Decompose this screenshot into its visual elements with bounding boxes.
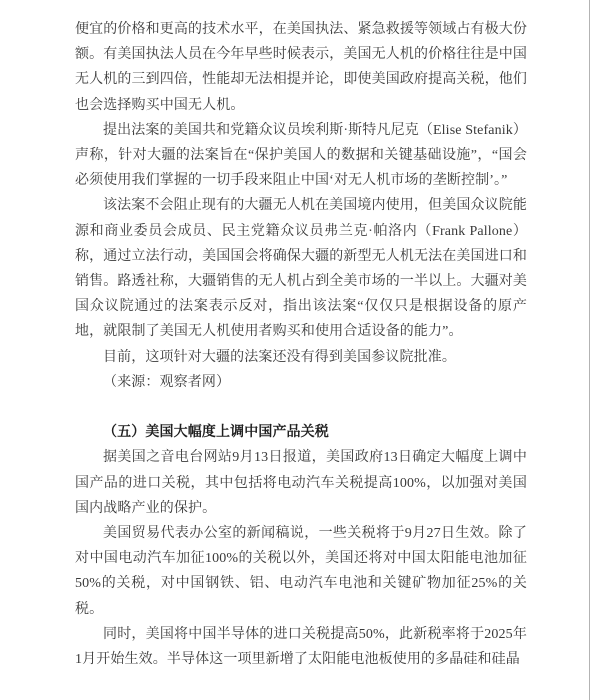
source-attribution: （来源：观察者网） bbox=[75, 370, 527, 395]
body-paragraph: 同时，美国将中国半导体的进口关税提高50%，此新税率将于2025年1月开始生效。… bbox=[75, 622, 527, 672]
body-paragraph: 据美国之音电台网站9月13日报道，美国政府13日确定大幅度上调中国产品的进口关税… bbox=[75, 445, 527, 521]
document-text-column: 便宜的价格和更高的技术水平，在美国执法、紧急救援等领域占有极大份额。有美国执法人… bbox=[75, 17, 527, 672]
body-paragraph: 美国贸易代表办公室的新闻稿说，一些关税将于9月27日生效。除了对中国电动汽车加征… bbox=[75, 521, 527, 622]
body-paragraph: 目前，这项针对大疆的法案还没有得到美国参议院批准。 bbox=[75, 345, 527, 370]
body-paragraph: 提出法案的美国共和党籍众议员埃利斯·斯特凡尼克（Elise Stefanik）声… bbox=[75, 118, 527, 194]
body-paragraph: 该法案不会阻止现有的大疆无人机在美国境内使用，但美国众议院能源和商业委员会成员、… bbox=[75, 193, 527, 344]
section-heading: （五）美国大幅度上调中国产品关税 bbox=[75, 420, 527, 445]
body-paragraph-continuation: 便宜的价格和更高的技术水平，在美国执法、紧急救援等领域占有极大份额。有美国执法人… bbox=[75, 17, 527, 118]
document-page: 便宜的价格和更高的技术水平，在美国执法、紧急救援等领域占有极大份额。有美国执法人… bbox=[0, 0, 595, 700]
page-edge-line bbox=[589, 0, 590, 700]
